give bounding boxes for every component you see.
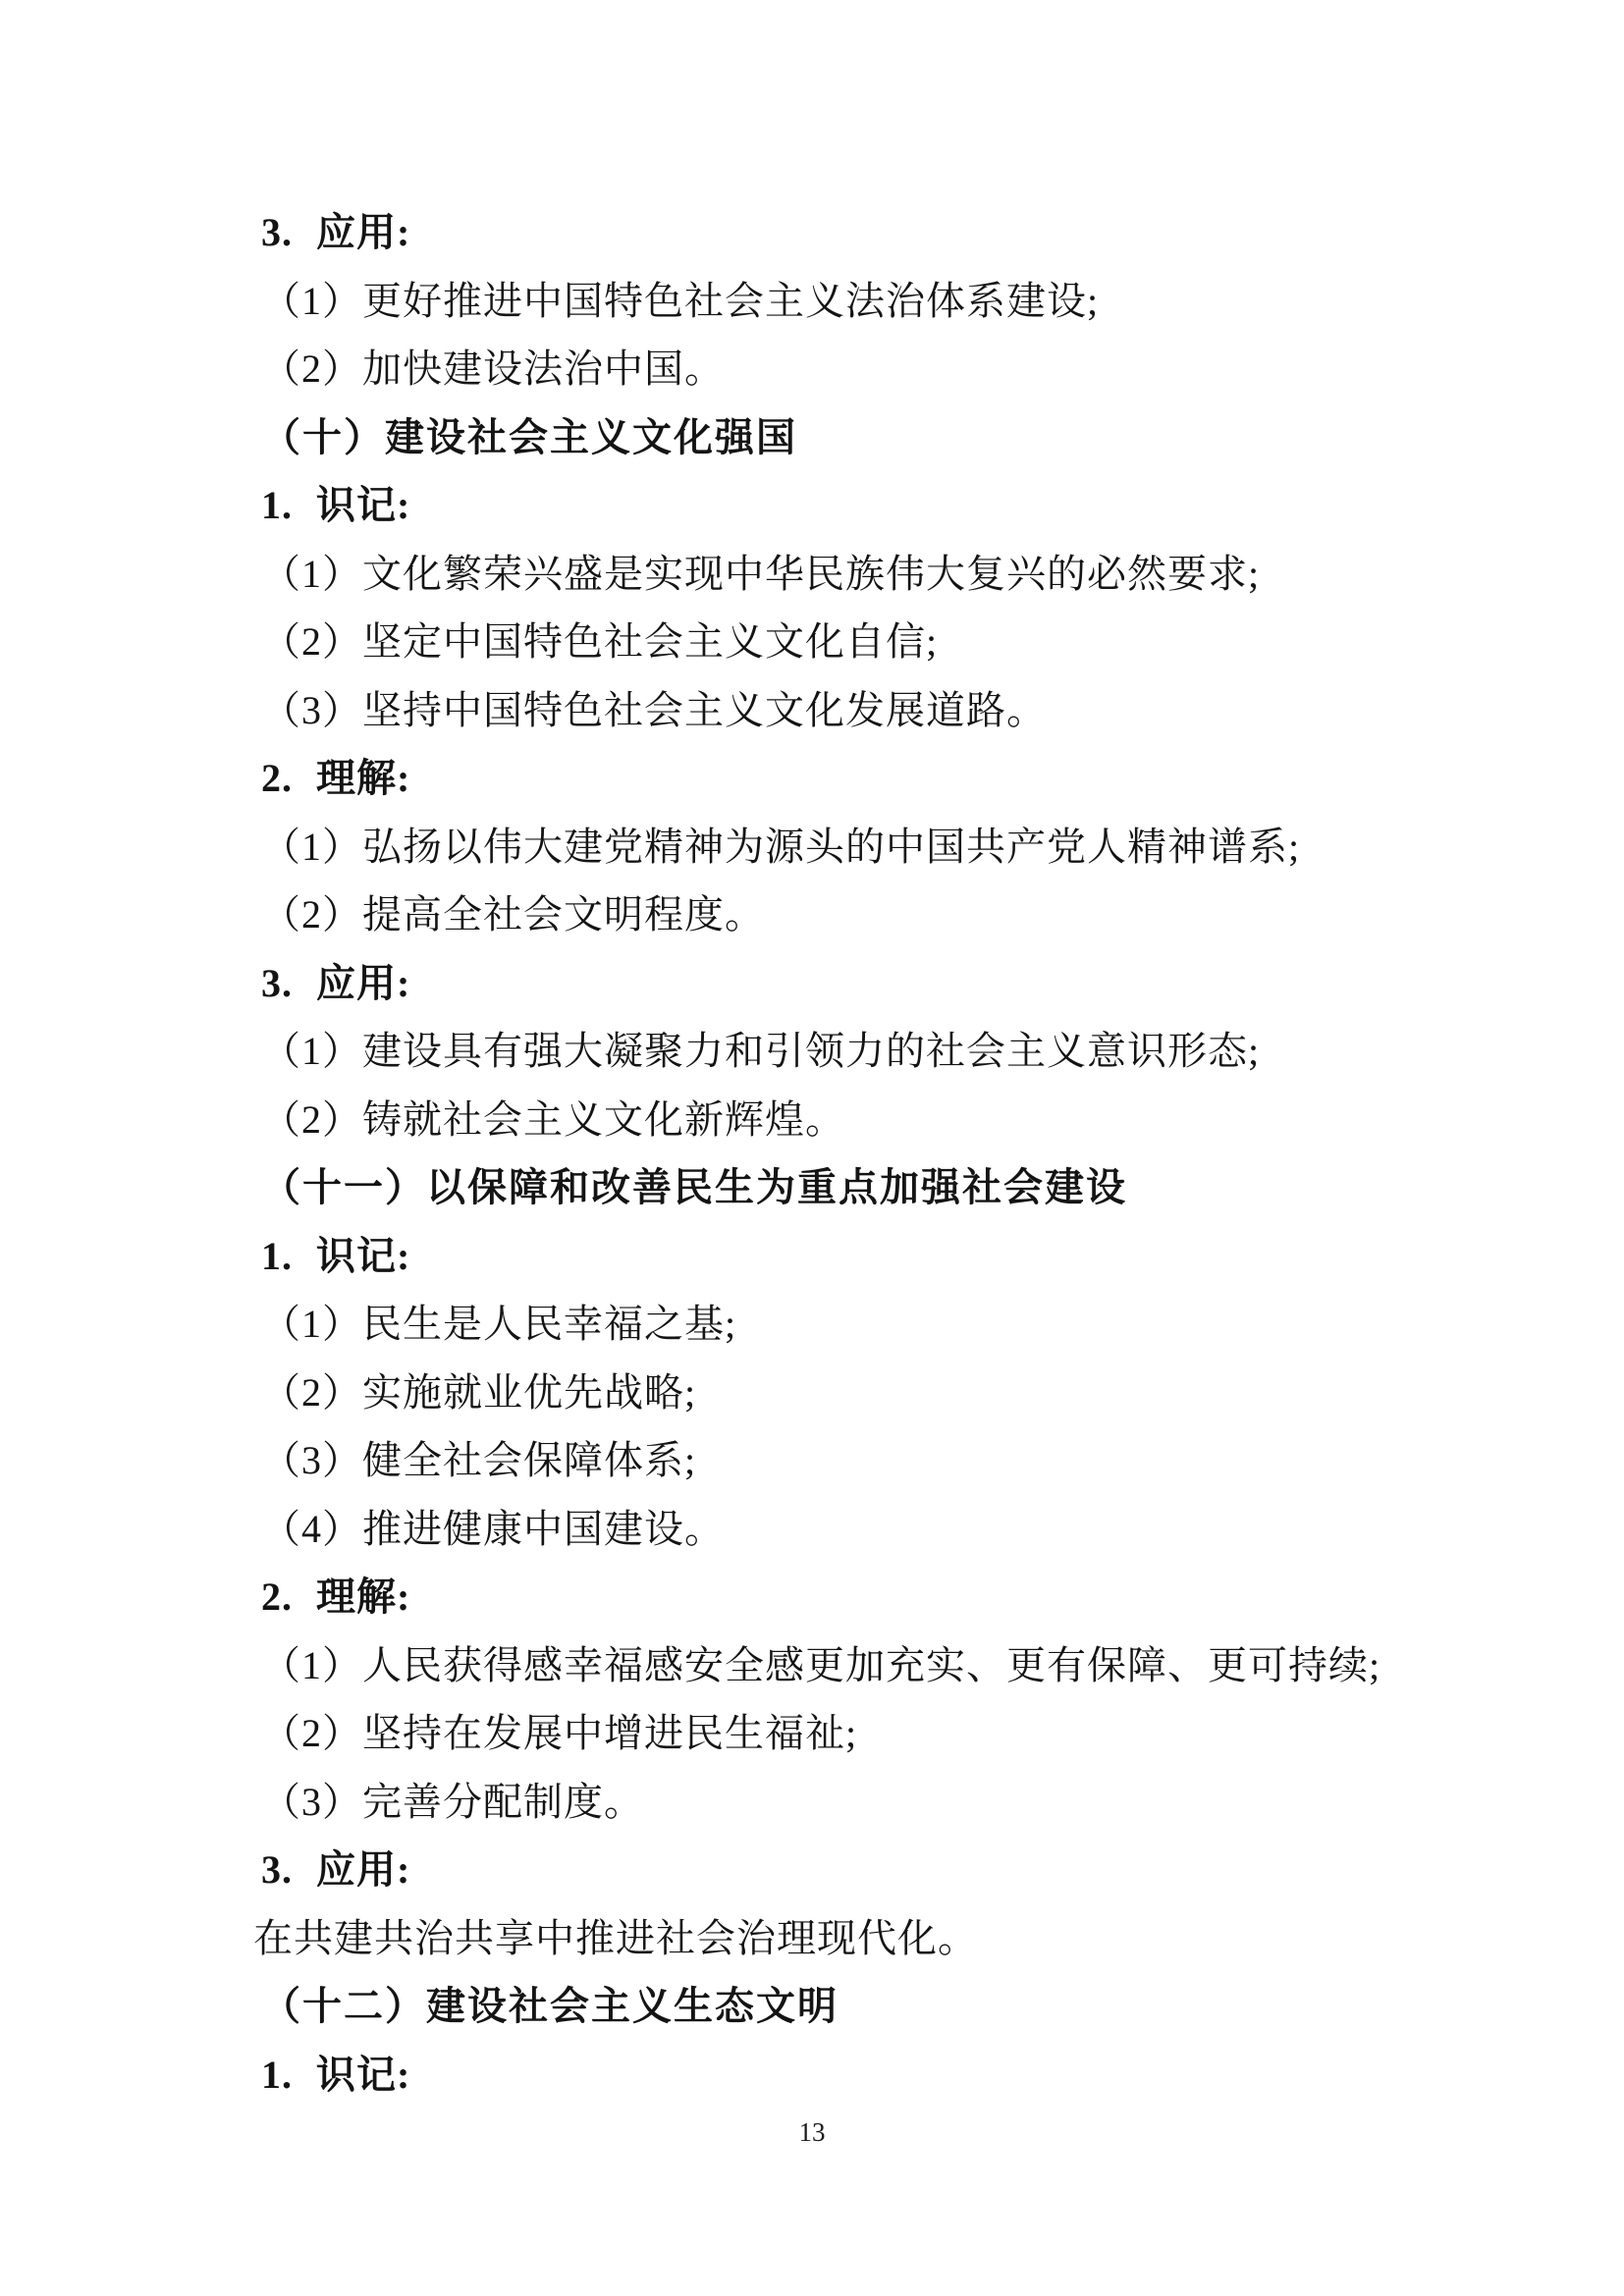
list-item: （2）铸就社会主义文化新辉煌。: [253, 1086, 1506, 1154]
list-item: （1）民生是人民幸福之基;: [253, 1290, 1506, 1359]
heading-label: 识记:: [316, 2053, 410, 2097]
section-heading-eleven: （十一）以保障和改善民生为重点加强社会建设: [253, 1153, 1506, 1222]
heading-number: 1.: [261, 471, 293, 540]
list-item: （4）推进健康中国建设。: [253, 1495, 1506, 1564]
page-number: 13: [0, 2112, 1624, 2152]
heading-number: 3.: [261, 1836, 293, 1904]
heading-label: 识记:: [316, 483, 410, 527]
level-heading-memorize: 1.识记:: [253, 1222, 1506, 1291]
level-heading-apply: 3.应用:: [253, 198, 1506, 267]
list-item: （3）完善分配制度。: [253, 1768, 1506, 1837]
list-item: （1）弘扬以伟大建党精神为源头的中国共产党人精神谱系;: [253, 813, 1506, 881]
heading-number: 3.: [261, 949, 293, 1018]
list-item: （1）文化繁荣兴盛是实现中华民族伟大复兴的必然要求;: [253, 540, 1506, 609]
list-item: （2）提高全社会文明程度。: [253, 881, 1506, 949]
level-heading-understand: 2.理解:: [253, 744, 1506, 813]
list-item: （2）加快建设法治中国。: [253, 335, 1506, 403]
document-page: 3.应用: （1）更好推进中国特色社会主义法治体系建设; （2）加快建设法治中国…: [0, 0, 1624, 2296]
heading-label: 应用:: [316, 961, 410, 1005]
section-heading-ten: （十）建设社会主义文化强国: [253, 403, 1506, 472]
body-text: 在共建共治共享中推进社会治理现代化。: [253, 1904, 1506, 1973]
list-item: （1）更好推进中国特色社会主义法治体系建设;: [253, 267, 1506, 336]
level-heading-memorize: 1.识记:: [253, 2041, 1506, 2109]
heading-label: 理解:: [316, 1575, 410, 1619]
heading-number: 2.: [261, 744, 293, 813]
list-item: （2）坚持在发展中增进民生福祉;: [253, 1699, 1506, 1768]
heading-number: 1.: [261, 2041, 293, 2109]
list-item: （3）健全社会保障体系;: [253, 1426, 1506, 1495]
list-item: （2）实施就业优先战略;: [253, 1359, 1506, 1427]
heading-number: 3.: [261, 198, 293, 267]
list-item: （2）坚定中国特色社会主义文化自信;: [253, 608, 1506, 676]
list-item: （1）人民获得感幸福感安全感更加充实、更有保障、更可持续;: [253, 1631, 1506, 1700]
heading-number: 2.: [261, 1563, 293, 1631]
level-heading-apply: 3.应用:: [253, 1836, 1506, 1904]
document-content: 3.应用: （1）更好推进中国特色社会主义法治体系建设; （2）加快建设法治中国…: [253, 198, 1506, 2109]
section-heading-twelve: （十二）建设社会主义生态文明: [253, 1972, 1506, 2041]
heading-label: 应用:: [316, 210, 410, 254]
heading-label: 理解:: [316, 756, 410, 800]
level-heading-memorize: 1.识记:: [253, 471, 1506, 540]
list-item: （1）建设具有强大凝聚力和引领力的社会主义意识形态;: [253, 1017, 1506, 1086]
level-heading-apply: 3.应用:: [253, 949, 1506, 1018]
heading-label: 识记:: [316, 1234, 410, 1278]
level-heading-understand: 2.理解:: [253, 1563, 1506, 1631]
heading-number: 1.: [261, 1222, 293, 1291]
heading-label: 应用:: [316, 1847, 410, 1892]
list-item: （3）坚持中国特色社会主义文化发展道路。: [253, 676, 1506, 745]
